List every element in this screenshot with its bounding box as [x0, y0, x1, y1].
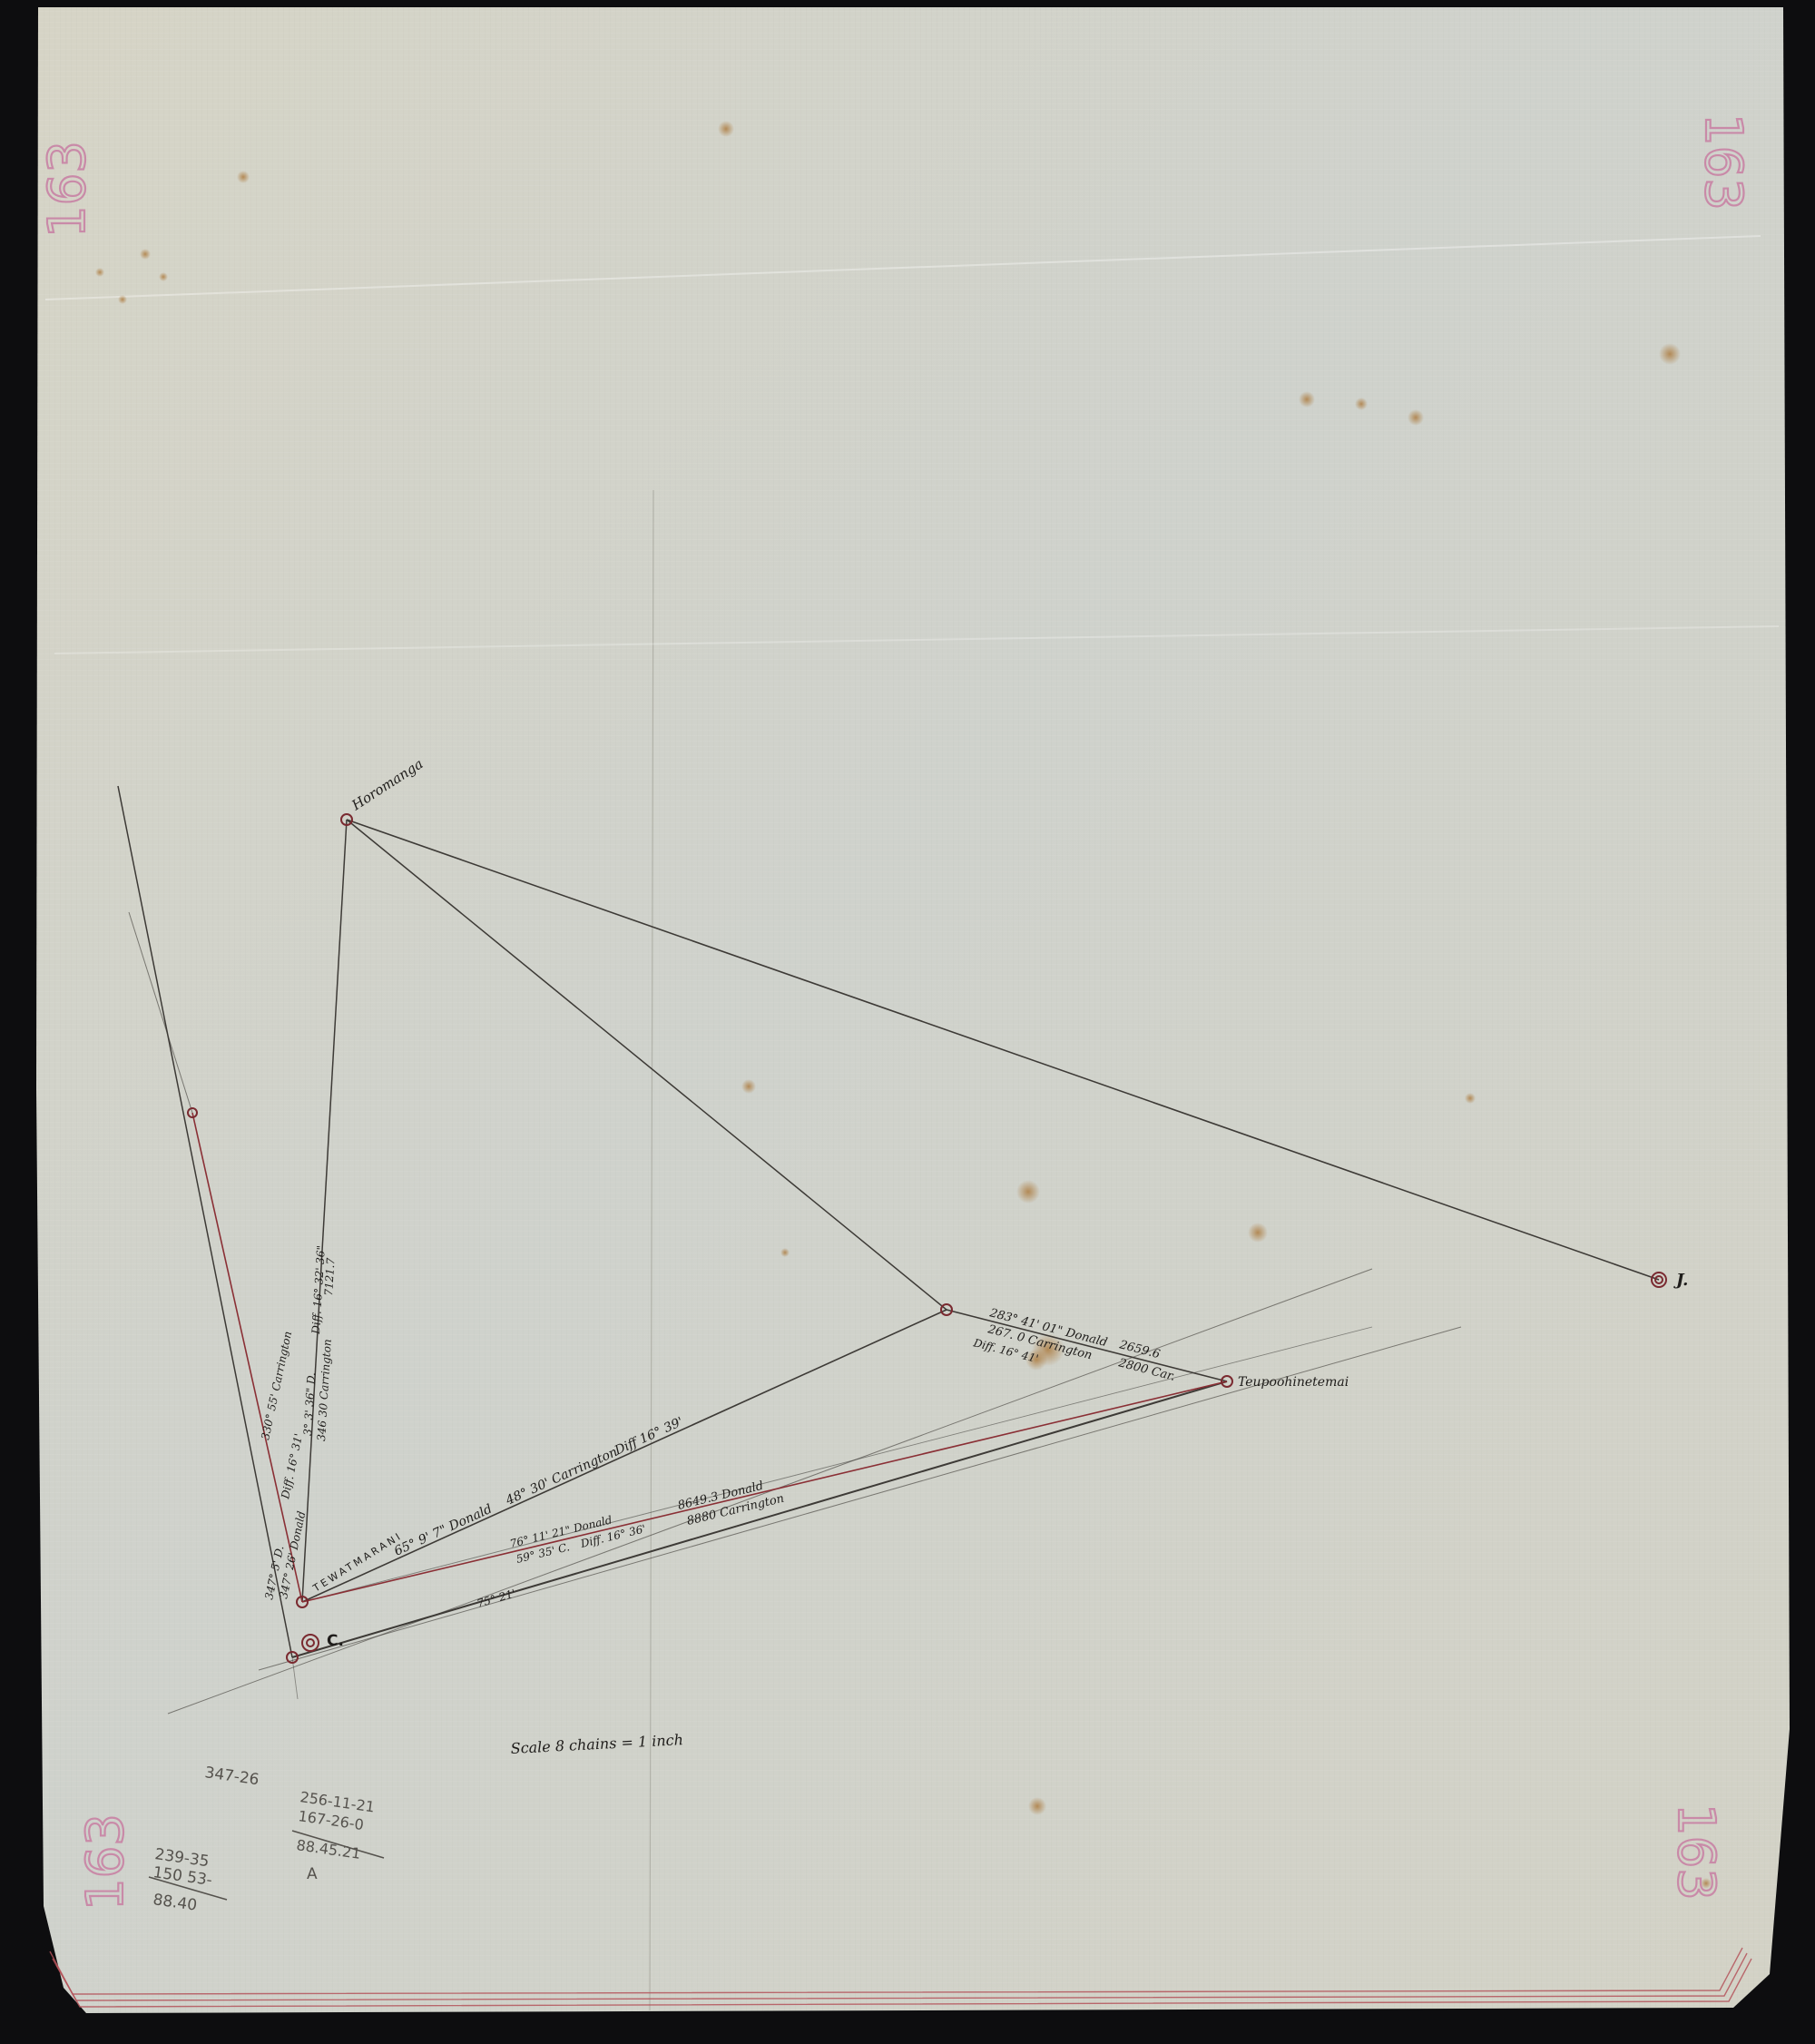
stamp-bottom-right: 163	[1666, 1803, 1725, 1901]
survey-map-scan: Horomanga TEWATMARANI Teupoohinetemai J.…	[0, 0, 1815, 2044]
stamp-bottom-left: 163	[76, 1813, 135, 1911]
paper-sheet	[36, 7, 1790, 2013]
map-canvas: Horomanga TEWATMARANI Teupoohinetemai J.…	[0, 0, 1815, 2044]
stamp-top-right: 163	[1693, 113, 1752, 211]
calc-initial: A	[307, 1865, 318, 1883]
label-c: C.	[327, 1632, 344, 1650]
stamp-top-left: 163	[38, 141, 97, 238]
horomanga-ray-distance: 7121.7	[322, 1257, 338, 1296]
label-j: J.	[1673, 1271, 1688, 1290]
label-teupoohinetemai: Teupoohinetemai	[1238, 1375, 1349, 1390]
